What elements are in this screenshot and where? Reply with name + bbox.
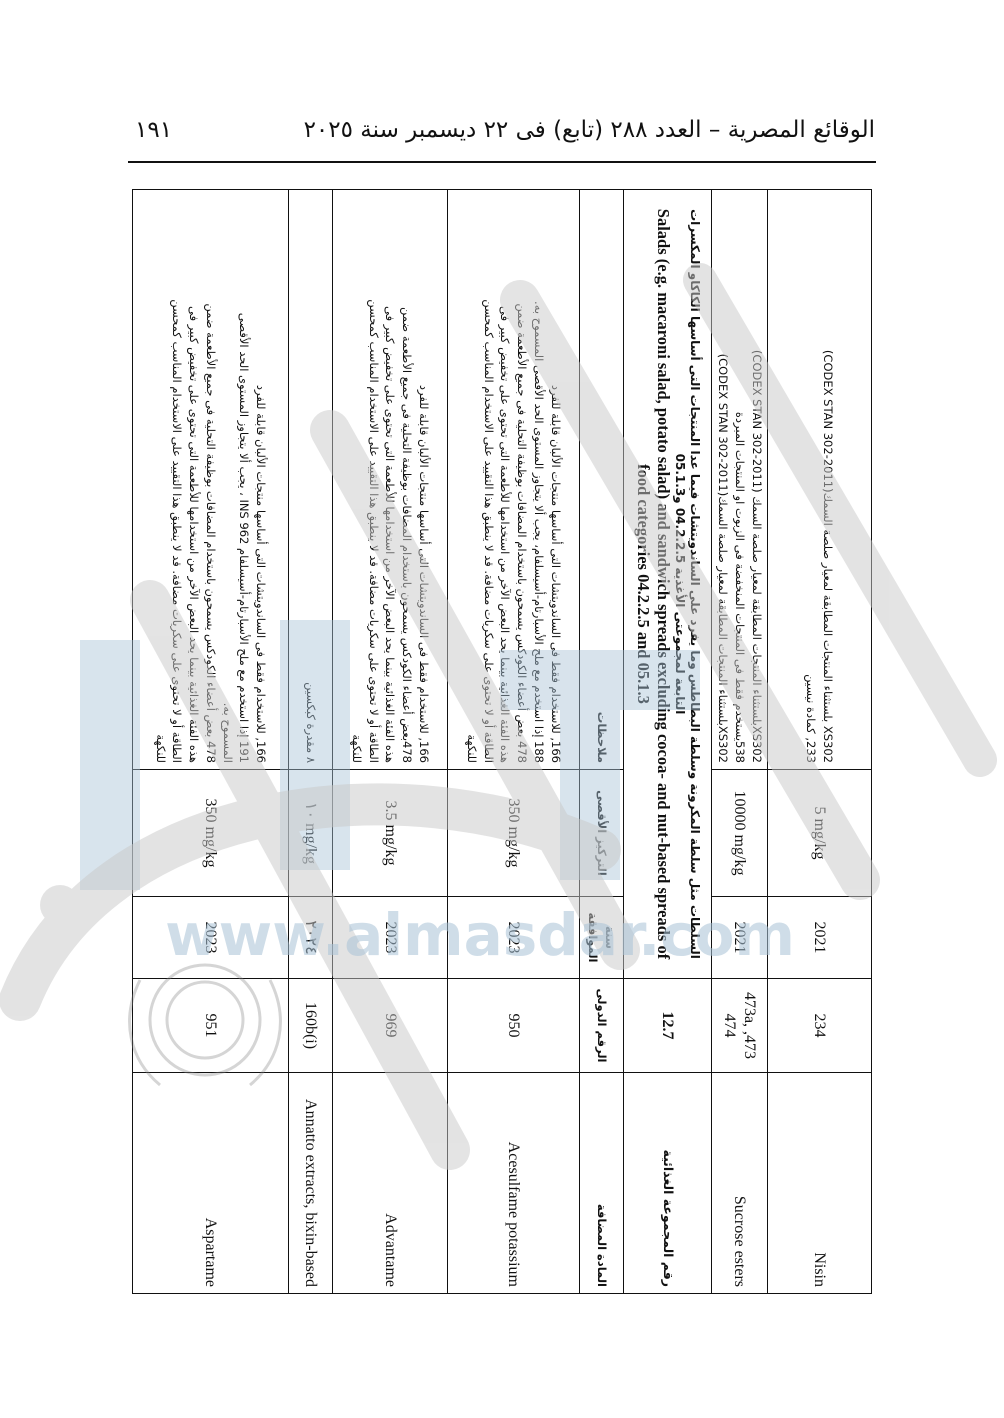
ins-number: 160b(i) — [289, 979, 333, 1073]
additive-name: Nisin — [768, 1073, 872, 1294]
additive-name: Aspartame — [133, 1073, 289, 1294]
additive-name: Advantame — [333, 1073, 448, 1294]
approval-year: 2021 — [768, 897, 872, 979]
note-line: الطاقة أو لا تحتوى على سكريات مضافة. قد … — [480, 196, 497, 763]
additive-name: Annatto extracts, bixin-based — [289, 1073, 333, 1294]
notes-cell: ٨ مقدرة كبكسين — [289, 190, 333, 770]
page-header: الوقائع المصرية – العدد ٢٨٨ (تابع) فى ٢٢… — [135, 108, 875, 152]
notes-cell: 166, للاستخدام فقط فى الساندويتشات التى … — [448, 190, 580, 770]
additive-row: Sucrose esters473, 473a, 474202110000 mg… — [712, 190, 768, 1294]
col-header-year: سنة الموافقة — [580, 897, 624, 979]
notes-cell: 166, للاستخدام فقط فى الساندويتشات التى … — [333, 190, 448, 770]
col-header-notes: ملاحظات — [580, 190, 624, 770]
food-group-title: السلطات مثل سلطة المكرونة وسلطة البطاطس … — [624, 190, 712, 979]
note-line: 478 بعض أعضاء الكودكس يسمحون باستخدام ال… — [514, 196, 531, 763]
notes-cell: XS302بلستثناء المنتجات المطابقة لمعيار ص… — [712, 190, 768, 770]
header-divider — [128, 161, 876, 163]
note-line: هذه الفئة الغذائية بينما يحد البعض الآخر… — [497, 196, 514, 763]
note-line: الطاقة أو لا تحتوى على سكريات مضافة. قد … — [365, 196, 382, 763]
max-level: 350 mg/kg — [448, 770, 580, 897]
note-line: ٨ مقدرة كبكسين — [302, 196, 319, 763]
additive-row: Advantame96920233.5 mg/kg166, للاستخدام … — [333, 190, 448, 1294]
note-line: XS302بلستثناء المنتجات المطابقة لمعيار ص… — [748, 196, 765, 763]
note-line: 478 بعض أعضاء الكودكس يسمحون باستخدام ال… — [202, 196, 219, 763]
note-line: المسموح به. — [219, 196, 236, 763]
approval-year: 2023 — [333, 897, 448, 979]
ins-number: 473, 473a, 474 — [712, 979, 768, 1073]
note-line: للنكهة — [348, 196, 365, 763]
notes-cell: XS302 بلستثناء المنتجات المطابقة لمعيار … — [768, 190, 872, 770]
note-line: 188 إذا استخدم مع ملح الأسبارتام-أسيسلفا… — [530, 196, 547, 763]
food-group-code: 12.7 — [624, 979, 712, 1073]
food-group-title-en: Salads (e.g. macaroni salad, potato sala… — [633, 196, 673, 972]
note-line: 166, للاستخدام فقط فى الساندويتشات التى … — [252, 196, 269, 763]
note-line: 191 إذا استخدم مع ملح الأسبارتام-أسيسلفا… — [236, 196, 253, 763]
ins-number: 951 — [133, 979, 289, 1073]
note-line: XS302بلستثناء المنتجات المطابقة لمعيار ص… — [715, 196, 732, 763]
food-additives-table: Nisin23420215 mg/kgXS302 بلستثناء المنتج… — [132, 189, 872, 1294]
note-line: 166, للاستخدام فقط فى الساندويتشات التى … — [415, 196, 432, 763]
approval-year: 2023 — [133, 897, 289, 979]
ins-number: 950 — [448, 979, 580, 1073]
note-line: 538يستخدم فقط فى المنتجات المنخفضة فى ال… — [731, 196, 748, 763]
additive-row: Acesulfame potassium9502023350 mg/kg166,… — [448, 190, 580, 1294]
food-group-row: رقم المجموعة الغذائية 12.7 السلطات مثل س… — [624, 190, 712, 1294]
col-header-additive: المادة المضافة — [580, 1073, 624, 1294]
additive-row: Annatto extracts, bixin-based160b(i)٢٠٢٤… — [289, 190, 333, 1294]
ins-number: 969 — [333, 979, 448, 1073]
max-level: 3.5 mg/kg — [333, 770, 448, 897]
note-line: الطاقة أو لا تحتوى على سكريات مضافة. قد … — [169, 196, 186, 763]
ins-number: 234 — [768, 979, 872, 1073]
additives-table-rotated: Nisin23420215 mg/kgXS302 بلستثناء المنتج… — [133, 189, 872, 1293]
food-group-label: رقم المجموعة الغذائية — [624, 1073, 712, 1294]
approval-year: ٢٠٢٤ — [289, 897, 333, 979]
page-number: ١٩١ — [135, 117, 172, 143]
additive-name: Acesulfame potassium — [448, 1073, 580, 1294]
note-line: 478بعض أعضاء الكودكس يسمحون باستخدام الم… — [398, 196, 415, 763]
note-line: 233, كمادة نيسين — [803, 196, 820, 763]
notes-cell: 166, للاستخدام فقط فى الساندويتشات التى … — [133, 190, 289, 770]
max-level: 5 mg/kg — [768, 770, 872, 897]
max-level: 10000 mg/kg — [712, 770, 768, 897]
note-line: 166, للاستخدام فقط فى الساندويتشات التى … — [547, 196, 564, 763]
note-line: هذه الفئة الغذائية بينما يحد البعض الآخر… — [382, 196, 399, 763]
note-line: هذه الفئة الغذائية بينما يحد البعض الآخر… — [186, 196, 203, 763]
column-header-row: المادة المضافة الرقم الدولى سنة الموافقة… — [580, 190, 624, 1294]
note-line: للنكهة — [463, 196, 480, 763]
max-level: 350 mg/kg — [133, 770, 289, 897]
col-header-max-level: التركيز الأقصى — [580, 770, 624, 897]
gazette-title: الوقائع المصرية – العدد ٢٨٨ (تابع) فى ٢٢… — [304, 117, 875, 143]
additive-name: Sucrose esters — [712, 1073, 768, 1294]
additive-row: Aspartame9512023350 mg/kg166, للاستخدام … — [133, 190, 289, 1294]
food-group-title-ar: السلطات مثل سلطة المكرونة وسلطة البطاطس … — [673, 196, 702, 972]
additive-row: Nisin23420215 mg/kgXS302 بلستثناء المنتج… — [768, 190, 872, 1294]
note-line: XS302 بلستثناء المنتجات المطابقة لمعيار … — [820, 196, 837, 763]
approval-year: 2023 — [448, 897, 580, 979]
col-header-ins: الرقم الدولى — [580, 979, 624, 1073]
max-level: ١٠ mg/kg — [289, 770, 333, 897]
approval-year: 2021 — [712, 897, 768, 979]
note-line: للنكهة — [152, 196, 169, 763]
